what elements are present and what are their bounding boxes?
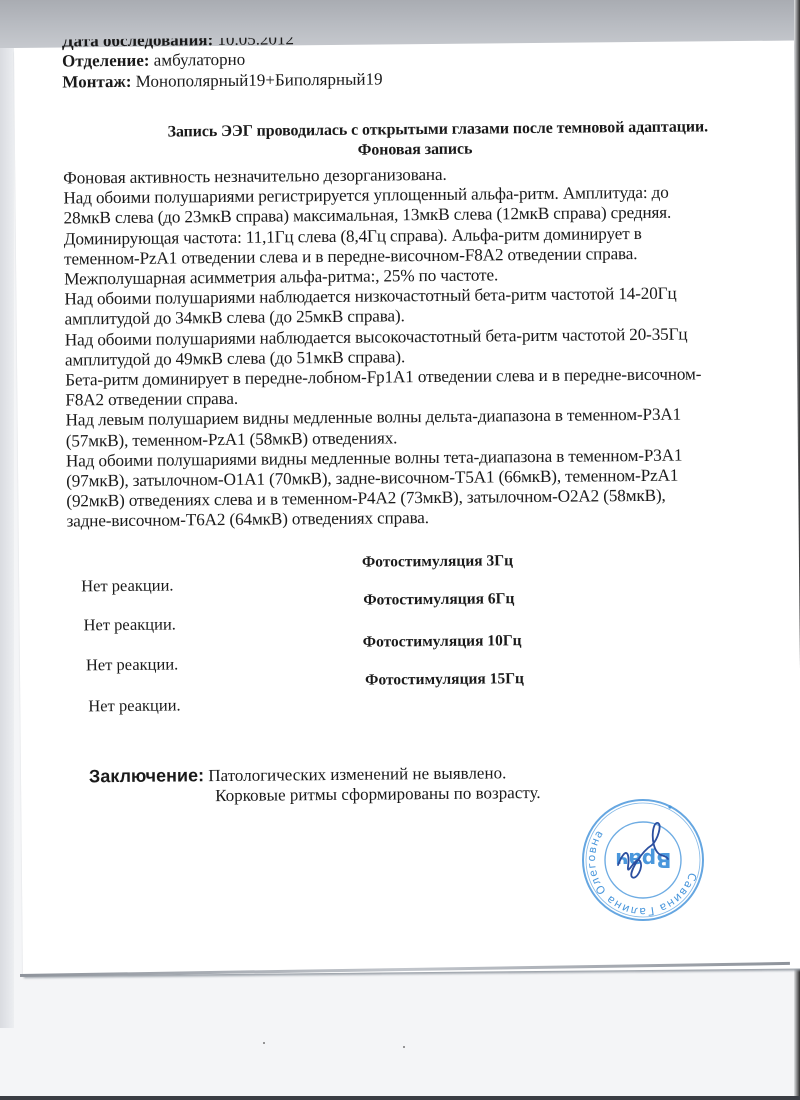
department-label: Отделение: bbox=[62, 51, 150, 71]
scanner-edge-bottom bbox=[0, 1096, 800, 1100]
photostim-15hz-reaction: Нет реакции. bbox=[88, 695, 181, 716]
scan-dust bbox=[263, 1042, 265, 1044]
department-value: амбулаторно bbox=[154, 50, 246, 70]
montage-label: Монтаж: bbox=[62, 72, 131, 92]
scan-dust bbox=[403, 1046, 405, 1048]
photostim-3hz-reaction: Нет реакции. bbox=[81, 575, 174, 596]
montage-value: Монополярный19+Биполярный19 bbox=[136, 69, 383, 90]
background-description: Фоновая активность незначительно дезорга… bbox=[63, 162, 766, 532]
photostimulation-section: Фотостимуляция 3Гц Нет реакции. Фотостим… bbox=[67, 549, 769, 736]
photostim-6hz-reaction: Нет реакции. bbox=[83, 614, 176, 635]
conclusion-line-1: Патологических изменений не выявлено. bbox=[208, 763, 506, 785]
photostim-6hz-title: Фотостимуляция 6Гц bbox=[363, 590, 514, 609]
photostim-10hz-title: Фотостимуляция 10Гц bbox=[363, 632, 522, 652]
conclusion-label: Заключение: bbox=[89, 765, 204, 786]
photostim-3hz-title: Фотостимуляция 3Гц bbox=[362, 552, 513, 571]
photostim-15hz-title: Фотостимуляция 15Гц bbox=[365, 670, 524, 690]
document-content: Дата обследования: 10.05.2012 Отделение:… bbox=[62, 33, 769, 807]
photostim-10hz-reaction: Нет реакции. bbox=[86, 654, 179, 675]
stamp-center-text: Врач bbox=[615, 848, 672, 872]
doctor-stamp-icon: Савина Галина Олеговна Врач bbox=[578, 795, 708, 925]
scanner-background-left bbox=[0, 48, 14, 1028]
